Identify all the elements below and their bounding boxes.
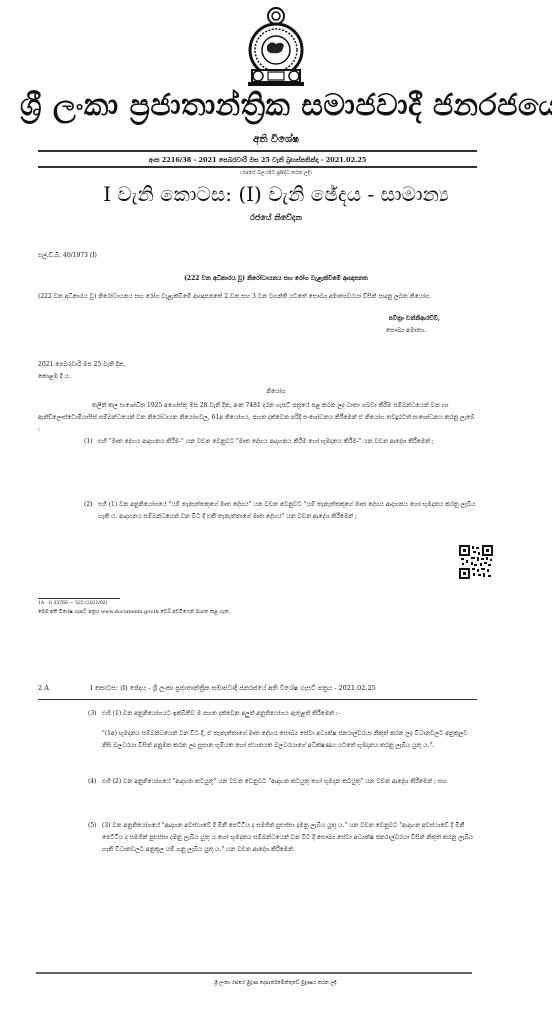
amendment-text: එහි (2) වන අනුනියෝගයේ "ආදාහන කටයුතු" යන …	[102, 776, 478, 788]
signatory-title: සෞඛ්‍ය අමාත්‍ය.	[300, 327, 426, 335]
date-place: 2021 පෙබරවාරි මස 25 වැනි දින, කොළඹ දී ය.	[38, 359, 125, 383]
header-rule-bottom	[38, 166, 477, 168]
intro-paragraph: (222 වන අධිකාරය වූ) නිරෝධායනය සහ රෝග වැළ…	[38, 291, 478, 303]
gazette-title: ශ්‍රී ලංකා ප්‍රජාතාන්ත්‍රික සමාජවාදී ජනර…	[20, 88, 532, 124]
bottom-rule	[36, 972, 472, 974]
amendment-number: (3)	[88, 708, 97, 720]
amendment-number: (2)	[84, 499, 93, 511]
page-number: 2 A	[38, 684, 49, 692]
amendment-text: (3) වන අනුනියෝගයේ "ආදාහන අවස්ථාවේ දී මින…	[102, 820, 478, 856]
place: කොළඹ දී ය.	[38, 371, 125, 383]
amendment-quote: "(1අ) භූමදානය සම්බන්ධයෙන් වන විට දී, ඒ ත…	[102, 728, 478, 752]
qr-code-icon	[459, 545, 493, 579]
amendment-text: එහි (1) වන අනුනියෝගයට ඉක්බිතිව ම පහත දක්…	[102, 708, 478, 720]
date: 2021 පෙබරවාරි මස 25 වැනි දින,	[38, 359, 125, 371]
amendment-number: (4)	[88, 776, 97, 788]
running-head: I කොටස: (I) ඡේදය - ශ්‍රී ලංකා ප්‍රජාතාන්…	[90, 684, 478, 693]
running-head-rule	[38, 699, 477, 700]
footnote-note: මෙම අති විශේෂ ගැසට් පත්‍රය www.documents…	[38, 609, 230, 615]
regulations-heading: නියෝග	[0, 388, 552, 396]
amendment-item: (3) එහි (1) වන අනුනියෝගයට ඉක්බිතිව ම පහත…	[88, 708, 478, 720]
issue-line: අංක 2216/38 - 2021 පෙබරවාරි මස 25 වැනි බ…	[38, 156, 477, 165]
footnote-code: 1A - G 33766 — 525 (2021/02)	[38, 601, 107, 606]
footnote-rule	[38, 598, 120, 599]
amendment-item: (4) එහි (2) වන අනුනියෝගයේ "ආදාහන කටයුතු"…	[88, 776, 478, 800]
signatory-name: පවිත්‍රා වන්නිආරච්චි,	[300, 315, 440, 323]
part-subtitle: රජයේ නිවේදන	[0, 212, 552, 223]
header-rule-top	[38, 150, 477, 152]
amendment-text: එහි "මෘත දේහය ආදාහනය කිරීම-" යන වචන වෙනු…	[98, 436, 478, 448]
reference-number: එල්.ඩී.බී. 40/1973 (I)	[38, 252, 97, 260]
amendment-number: (1)	[84, 436, 93, 448]
amendment-text: එහි (1) වන අනුනියෝගයේ "යම් තැනැත්තකුගේ ම…	[98, 499, 478, 523]
ordinance-heading: (222 වන අධිකාරය වූ) නිරෝධායනය සහ රෝග වැළ…	[0, 275, 552, 283]
amendment-item: (1) එහි "මෘත දේහය ආදාහනය කිරීම-" යන වචන …	[84, 436, 478, 460]
amendment-item: (2) එහි (1) වන අනුනියෝගයේ "යම් තැනැත්තකු…	[84, 499, 478, 535]
part-title: I වැනි කොටස: (I) වැනි ඡේදය - සාමාන්‍ය	[0, 182, 552, 206]
amendment-item: (5) (3) වන අනුනියෝගයේ "ආදාහන අවස්ථාවේ දී…	[88, 820, 478, 868]
state-emblem-icon	[232, 4, 320, 90]
gazette-subtitle: අති විශේෂ	[0, 134, 552, 145]
printer-note: ශ්‍රී ලංකා රජයේ මුද්‍රණ දෙපාර්තමේන්තුවේ …	[0, 980, 552, 986]
authority-note: (රජයේ බලයපිට ප්‍රසිද්ධ කරන ලදී)	[0, 170, 552, 176]
body-paragraph: කලින් කල සංශෝධිත 1925 අගෝස්තු මස 28 වැනි…	[38, 400, 478, 436]
amendment-number: (5)	[88, 820, 97, 832]
